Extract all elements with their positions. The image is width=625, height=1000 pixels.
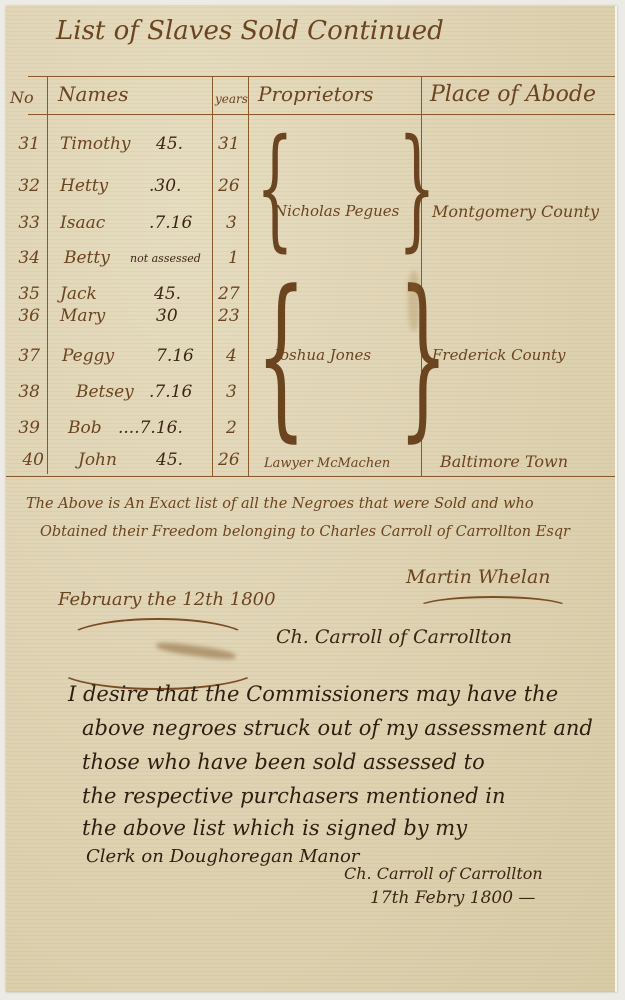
row-price: 7.16 [156,346,194,366]
row-name: Timothy [60,134,131,154]
attestation-line-1: The Above is An Exact list of all the Ne… [26,496,534,512]
water-stain [408,271,420,331]
place-group-2: Frederick County [432,346,566,364]
row-price: .7.16 [149,213,192,233]
row-price: 45. [154,284,181,304]
row-price: .30. [149,176,181,196]
header-number: No [10,88,34,107]
row-name: Jack [60,284,97,304]
row-age: 23 [218,306,240,326]
signature-carroll-1: Ch. Carroll of Carrollton [276,626,512,648]
row-age: 3 [226,213,237,233]
manuscript-page: List of Slaves Sold Continued No Names y… [6,6,617,992]
col-rule-names [212,76,213,476]
proprietor-group-3: Lawyer McMachen [264,456,390,471]
header-proprietors: Proprietors [258,82,374,106]
row-age: 27 [218,284,240,304]
row-name: John [78,450,117,470]
row-number: 33 [2,213,40,233]
signature-carroll-2: Ch. Carroll of Carrollton [344,864,543,883]
row-number: 36 [2,306,40,326]
proprietor-group-2: Joshua Jones [274,346,371,364]
right-brace-group-1: } [398,122,436,254]
instruction-date: 17th Febry 1800 — [370,888,535,908]
instruction-line-6: Clerk on Doughoregan Manor [86,846,359,867]
instruction-line-1: I desire that the Commissioners may have… [68,682,558,706]
row-number: 31 [2,134,40,154]
row-age: 4 [226,346,237,366]
row-price: ....7.16. [118,418,183,438]
row-name: Bob [68,418,102,438]
row-number: 38 [2,382,40,402]
row-age: 26 [218,176,240,196]
attestation-date: February the 12th 1800 [58,589,276,610]
row-number: 35 [2,284,40,304]
instruction-line-2: above negroes struck out of my assessmen… [82,716,593,740]
row-price: 45. [156,134,183,154]
place-group-3: Baltimore Town [440,452,568,471]
row-price: not assessed [130,252,201,265]
row-name: Betty [64,248,110,268]
col-rule-years [248,76,249,476]
row-age: 31 [218,134,240,154]
row-number: 32 [2,176,40,196]
instruction-line-3: those who have been sold assessed to [82,750,485,774]
left-brace-group-1: { [256,122,294,254]
flourish-ornament [416,596,570,620]
header-names: Names [58,82,129,106]
row-age: 26 [218,450,240,470]
row-name: Isaac [60,213,105,233]
row-number: 40 [6,450,44,470]
place-group-1: Montgomery County [432,202,599,221]
row-number: 39 [2,418,40,438]
row-name: Hetty [60,176,108,196]
instruction-line-4: the respective purchasers mentioned in [82,784,506,808]
attestation-line-2: Obtained their Freedom belonging to Char… [40,524,570,540]
header-years: years [215,92,248,106]
row-name: Peggy [62,346,114,366]
row-price: .7.16 [149,382,192,402]
row-price: 30 [156,306,178,326]
row-age: 1 [228,248,239,268]
header-place-of-abode: Place of Abode [430,82,596,107]
row-name: Betsey [76,382,134,402]
attestation-signer: Martin Whelan [406,566,551,588]
row-age: 3 [226,382,237,402]
col-rule-number [47,76,48,474]
row-price: 45. [156,450,183,470]
row-name: Mary [60,306,105,326]
row-number: 34 [2,248,40,268]
row-age: 2 [226,418,237,438]
proprietor-group-1: Nicholas Pegues [274,202,399,220]
instruction-line-5: the above list which is signed by my [82,816,467,840]
row-number: 37 [2,346,40,366]
document-title: List of Slaves Sold Continued [56,16,444,46]
header-bottom-rule [28,114,615,115]
table-top-rule [28,76,615,77]
table-bottom-rule [6,476,615,477]
